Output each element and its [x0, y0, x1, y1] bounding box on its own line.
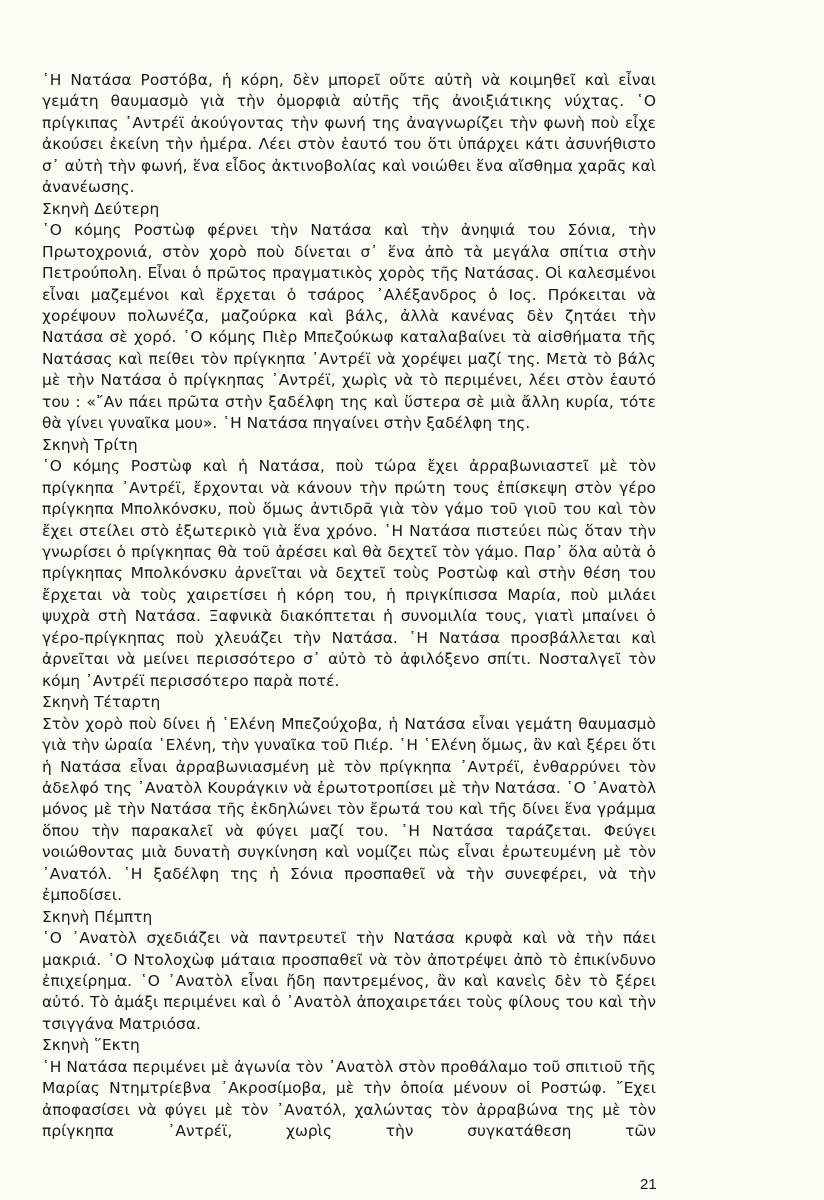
scene-heading-second: Σκηνὴ Δεύτερη	[42, 199, 656, 220]
paragraph-scene-second: ῾Ο κόμης Ροστὼφ φέρνει τὴν Νατάσα καὶ τὴ…	[42, 220, 656, 435]
scene-heading-sixth: Σκηνὴ ῞Εκτη	[42, 1035, 656, 1056]
document-page-body: ῾Η Νατάσα Ροστόβα, ἡ κόρη, δὲν μπορεῖ οὔ…	[42, 70, 656, 1143]
paragraph-scene-fifth: ῾Ο ᾿Ανατὸλ σχεδιάζει νὰ παντρευτεῖ τὴν Ν…	[42, 928, 656, 1035]
paragraph-scene-sixth: ῾Η Νατάσα περιμένει μὲ ἀγωνία τὸν ᾿Ανατὸ…	[42, 1057, 656, 1143]
scene-heading-fifth: Σκηνὴ Πέμπτη	[42, 907, 656, 928]
paragraph-natasha-night: ῾Η Νατάσα Ροστόβα, ἡ κόρη, δὲν μπορεῖ οὔ…	[42, 70, 656, 199]
paragraph-scene-third: ῾Ο κόμης Ροστὼφ καὶ ἡ Νατάσα, ποὺ τώρα ἔ…	[42, 456, 656, 692]
page-number: 21	[640, 1176, 657, 1193]
paragraph-scene-fourth: Στὸν χορὸ ποὺ δίνει ἡ ῾Ελένη Μπεζούχοβα,…	[42, 714, 656, 907]
scene-heading-third: Σκηνὴ Τρίτη	[42, 435, 656, 456]
scene-heading-fourth: Σκηνὴ Τέταρτη	[42, 692, 656, 713]
